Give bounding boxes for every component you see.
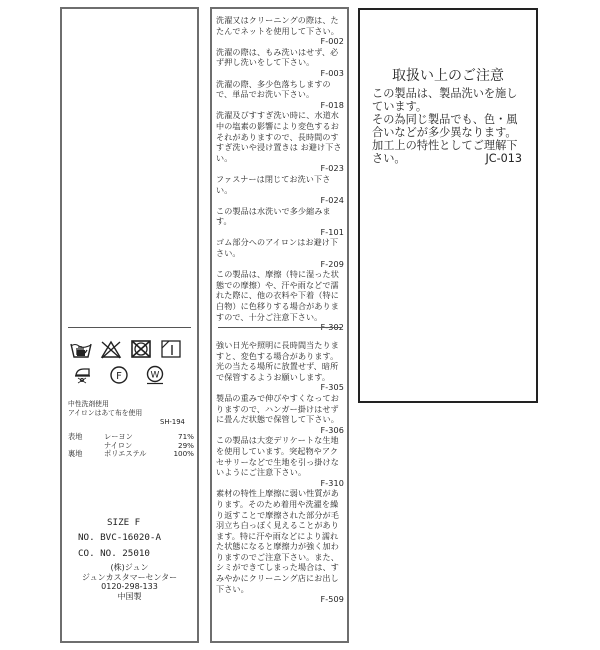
instruction-text: ファスナーは閉じてお洗い下さい。 xyxy=(216,174,344,195)
no-tumble-dry-icon xyxy=(130,339,152,359)
instruction-code: F-209 xyxy=(216,259,344,270)
instruction-code: F-023 xyxy=(216,163,344,174)
fabric-percent: 100% xyxy=(166,450,194,459)
fabric-part: 裏地 xyxy=(68,450,104,459)
notice-line: この製品は、製品洗いを施しています。 xyxy=(372,87,522,113)
instruction-text: この製品は水洗いで多少縮みます。 xyxy=(216,206,344,227)
dry-clean-f-icon: F xyxy=(108,365,130,385)
instruction-text: 製品の重みで伸びやすくなっておりますので、ハンガー掛けはせずに畳んだ状態で保管し… xyxy=(216,393,344,425)
notice-line: その為同じ製品でも、色・風合いなどが多少異なります。 xyxy=(372,113,522,139)
note-iron-cloth: アイロンはあて布を使用 xyxy=(68,409,142,418)
instruction-code: F-018 xyxy=(216,100,344,111)
fabric-part: 表地 xyxy=(68,433,104,442)
hand-wash-icon xyxy=(70,339,92,359)
instruction-code: F-101 xyxy=(216,227,344,238)
notice-body: この製品は、製品洗いを施しています。 その為同じ製品でも、色・風合いなどが多少異… xyxy=(372,87,522,165)
instruction-text: 洗濯又はクリーニングの際は、たたんでネットを使用して下さい。 xyxy=(216,15,344,36)
instruction-code: F-305 xyxy=(216,382,344,393)
label-divider xyxy=(68,327,191,328)
instruction-text: 洗濯の際は、もみ洗いはせず、必ず押し洗いをして下さい。 xyxy=(216,47,344,68)
wet-clean-w-icon: W xyxy=(144,365,166,385)
instruction-code: F-003 xyxy=(216,68,344,79)
care-notes: 中性洗剤使用 アイロンはあて布を使用 xyxy=(68,400,142,418)
instruction-code: F-509 xyxy=(216,594,344,605)
instruction-text: この製品は、摩擦（特に湿った状態での摩擦）や、汗や雨などで濡れた際に、他の衣料や… xyxy=(216,269,344,322)
model-number: NO. BVC-16020-A xyxy=(78,532,161,543)
instruction-code: F-306 xyxy=(216,425,344,436)
instruction-code: F-024 xyxy=(216,195,344,206)
country-of-origin: 中国製 xyxy=(62,592,197,602)
customer-center: ジュンカスタマーセンター xyxy=(62,573,197,583)
care-label-composition: F W 中性洗剤使用 アイロンはあて布を使用 SH-194 表地 レーヨン 71… xyxy=(60,7,199,643)
care-label-instructions: 洗濯又はクリーニングの際は、たたんでネットを使用して下さい。 F-002 洗濯の… xyxy=(210,7,349,643)
maker-info: (株)ジュン ジュンカスタマーセンター 0120-298-133 中国製 xyxy=(62,563,197,601)
sh-code: SH-194 xyxy=(160,418,185,427)
instruction-text: 洗濯の際、多少色落ちしますので、単品でお洗い下さい。 xyxy=(216,79,344,100)
instruction-text: 洗濯及びすすぎ洗い時に、水道水中の塩素の影響により変色するおそれがありますので、… xyxy=(216,110,344,163)
iron-low-icon xyxy=(72,365,94,385)
company-name: (株)ジュン xyxy=(62,563,197,573)
handling-notice-label: 取扱い上のご注意 この製品は、製品洗いを施しています。 その為同じ製品でも、色・… xyxy=(358,8,538,403)
size-text: SIZE F xyxy=(107,517,140,528)
svg-text:F: F xyxy=(116,371,122,382)
care-instructions-bottom: 強い日光や照明に長時間当たりますと、変色する場合があります。光の当たる場所に放置… xyxy=(216,340,344,605)
note-neutral-detergent: 中性洗剤使用 xyxy=(68,400,142,409)
instruction-text: ゴム部分へのアイロンはお避け下さい。 xyxy=(216,237,344,258)
fabric-row: 裏地 ポリエステル 100% xyxy=(68,450,194,459)
instruction-code: F-310 xyxy=(216,478,344,489)
notice-title: 取扱い上のご注意 xyxy=(360,65,536,85)
instruction-text: 素材の特性上摩擦に弱い性質があります。そのため着用や洗濯を繰り返すことで摩擦され… xyxy=(216,488,344,594)
instruction-text: 強い日光や照明に長時間当たりますと、変色する場合があります。光の当たる場所に放置… xyxy=(216,340,344,382)
svg-text:W: W xyxy=(151,371,160,381)
shade-dry-icon xyxy=(160,339,182,359)
no-bleach-icon xyxy=(100,339,122,359)
fabric-material: ポリエステル xyxy=(104,450,166,459)
care-instructions-top: 洗濯又はクリーニングの際は、たたんでネットを使用して下さい。 F-002 洗濯の… xyxy=(216,15,344,333)
fabric-composition: 表地 レーヨン 71% ナイロン 29% 裏地 ポリエステル 100% xyxy=(68,433,194,459)
co-number: CO. NO. 25010 xyxy=(78,548,150,559)
label-divider xyxy=(218,327,341,328)
instruction-code: F-002 xyxy=(216,36,344,47)
care-symbols: F W xyxy=(70,339,195,391)
instruction-text: この製品は大変デリケートな生地を使用しています。突起物やアクセサリーなどで生地を… xyxy=(216,435,344,477)
phone-number: 0120-298-133 xyxy=(62,582,197,592)
